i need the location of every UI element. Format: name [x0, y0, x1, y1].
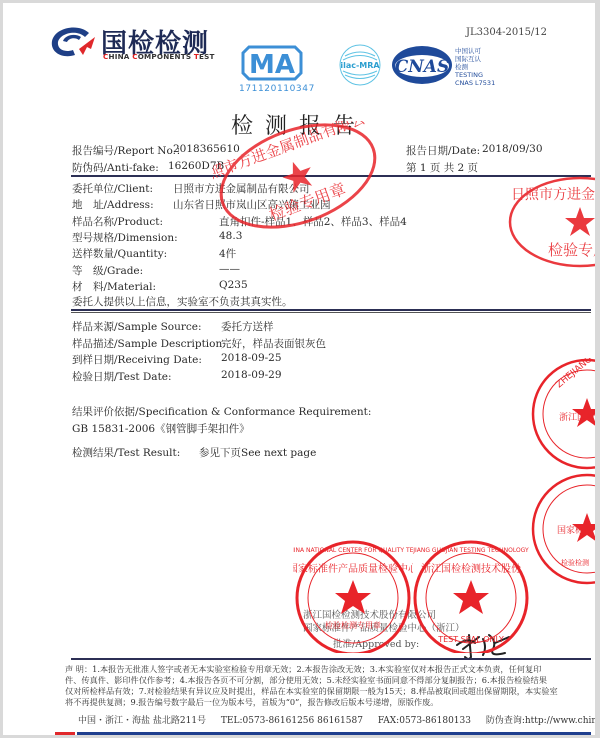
china-components-test-logo-icon: [49, 25, 99, 61]
client-info-row-value: 日照市方进金属制品有限公司: [173, 181, 310, 196]
lab-fax: FAX:0573-86180133: [378, 716, 471, 726]
sample-info-row-value: 2018-09-29: [221, 369, 282, 381]
lab-tel: TEL:0573-86161256 86161587: [221, 716, 363, 726]
sample-info-row-value: 2018-09-25: [221, 352, 282, 364]
anti-fake-query-link[interactable]: 防伪查询:http://www.chinazbj.cn: [486, 716, 595, 726]
client-info-row-label: 材 料/Material:: [72, 279, 156, 294]
report-date: 2018/09/30: [482, 143, 543, 155]
client-info-row-label: 地 址/Address:: [72, 197, 154, 212]
cma-number: 171120110347: [239, 84, 315, 94]
client-info-row-value: Q235: [219, 279, 248, 291]
divider: [71, 175, 591, 177]
contact-info: 中国・浙江・海盐 盐北路211号 TEL:0573-86161256 86161…: [78, 713, 595, 726]
sample-info-row-label: 到样日期/Receiving Date:: [72, 352, 202, 367]
svg-text:ZHEJIANG: ZHEJIANG: [555, 358, 595, 390]
svg-text:检验专用: 检验专用: [548, 241, 595, 259]
svg-text:浙江国检: 浙江国检: [559, 411, 595, 423]
brand-name-en: CHINA COMPONENTS TEST: [103, 52, 215, 61]
svg-text:国家标准件产品质量检验中心: 国家标准件产品质量检验中心: [293, 562, 413, 575]
cnas-accreditation-text: 中国认可 国际互认 检测 TESTING CNAS L7531: [455, 47, 495, 87]
spec-value: GB 15831-2006《钢管脚手架扣件》: [72, 421, 250, 436]
report-no-label: 报告编号/Report No.：: [72, 143, 186, 158]
test-result-label: 检测结果/Test Result:: [72, 445, 180, 460]
test-result-value: 参见下页See next page: [199, 445, 316, 460]
svg-text:国家标准: 国家标准: [557, 524, 593, 536]
client-info-row-value: 直角扣件-样品1、样品2、样品3、样品4: [219, 214, 407, 229]
client-info-row-value: 4件: [219, 246, 236, 261]
anti-fake-code: 16260D7B: [168, 160, 224, 172]
lab-seal-zhejiang-icon: ZHEJIANG 浙江国检: [529, 358, 595, 473]
approval-org-line1: 浙江国检检测技术股份有限公司: [303, 607, 436, 621]
svg-text:日照市方进金属制品: 日照市方进金属制品: [511, 187, 595, 203]
client-disclaimer: 委托人提供以上信息，实验室不负责其真实性。: [72, 294, 293, 309]
report-date-label: 报告日期/Date:: [406, 143, 480, 158]
report-no: 2018365610: [173, 143, 240, 155]
svg-text:ZHEJIANG GUOJIAN TESTING TECHN: ZHEJIANG GUOJIAN TESTING TECHNOLOGY CO.: [411, 547, 531, 554]
sample-info-row-value: 完好，样品表面银灰色: [221, 336, 326, 351]
client-info-row-label: 型号规格/Dimension:: [72, 230, 178, 245]
svg-text:检验检测: 检验检测: [561, 558, 589, 567]
svg-text:CNAS: CNAS: [395, 57, 450, 77]
client-inspection-stamp-2-icon: 日照市方进金属制品 检验专用: [508, 175, 595, 270]
cma-mark-icon: MA: [239, 45, 305, 81]
page-info: 第 1 页 共 2 页: [406, 160, 478, 175]
form-code: JL3304-2015/12: [466, 27, 547, 38]
footer-bar-blue: [77, 732, 591, 735]
lab-seal-national-center-icon: 国家标准 检验检测: [529, 473, 595, 588]
client-info-row-label: 送样数量/Quantity:: [72, 246, 167, 261]
svg-text:ilac-MRA: ilac-MRA: [340, 61, 380, 70]
sample-info-row-label: 样品描述/Sample Description:: [72, 336, 226, 351]
client-info-row-label: 样品名称/Product:: [72, 214, 163, 229]
svg-text:CHINA NATIONAL CENTER FOR QUAL: CHINA NATIONAL CENTER FOR QUALITY TEST: [293, 547, 413, 554]
ma-text: MA: [249, 50, 295, 80]
spec-label: 结果评价依据/Specification & Conformance Requi…: [72, 404, 371, 419]
legal-notice: 声 明：1.本报告无批准人签字或者无本实验室检验专用章无效；2.本报告涂改无效；…: [65, 664, 593, 708]
svg-text:浙江国检检测技术股份: 浙江国检检测技术股份: [421, 562, 521, 575]
client-info-row-value: 山东省日照市岚山区高兴镇工业园: [173, 197, 331, 212]
ilac-mra-logo-icon: ilac-MRA: [339, 44, 381, 86]
approved-by-label: 批准/Approved by:: [333, 636, 419, 650]
test-report-page: 国检检测 CHINA COMPONENTS TEST MA 1711201103…: [3, 3, 595, 735]
footer-bar-red: [55, 732, 75, 735]
client-info-row-value: 48.3: [219, 230, 242, 242]
anti-fake-label: 防伪码/Anti-fake:: [72, 160, 159, 175]
sample-info-row-label: 检验日期/Test Date:: [72, 369, 172, 384]
divider: [71, 309, 591, 311]
divider: [71, 658, 591, 660]
client-info-row-label: 等 级/Grade:: [72, 263, 143, 278]
cnas-logo-icon: CNAS: [391, 45, 453, 85]
sample-info-row-label: 样品来源/Sample Source:: [72, 319, 202, 334]
report-title: 检测报告: [3, 109, 595, 140]
sample-info-row-value: 委托方送样: [221, 319, 274, 334]
lab-address: 中国・浙江・海盐 盐北路211号: [78, 716, 206, 726]
approval-org-line2: 国家标准件产品质量检验中心（浙江）: [303, 620, 465, 634]
client-info-row-label: 委托单位/Client:: [72, 181, 153, 196]
client-info-row-value: ——: [219, 263, 240, 275]
divider: [71, 312, 591, 313]
